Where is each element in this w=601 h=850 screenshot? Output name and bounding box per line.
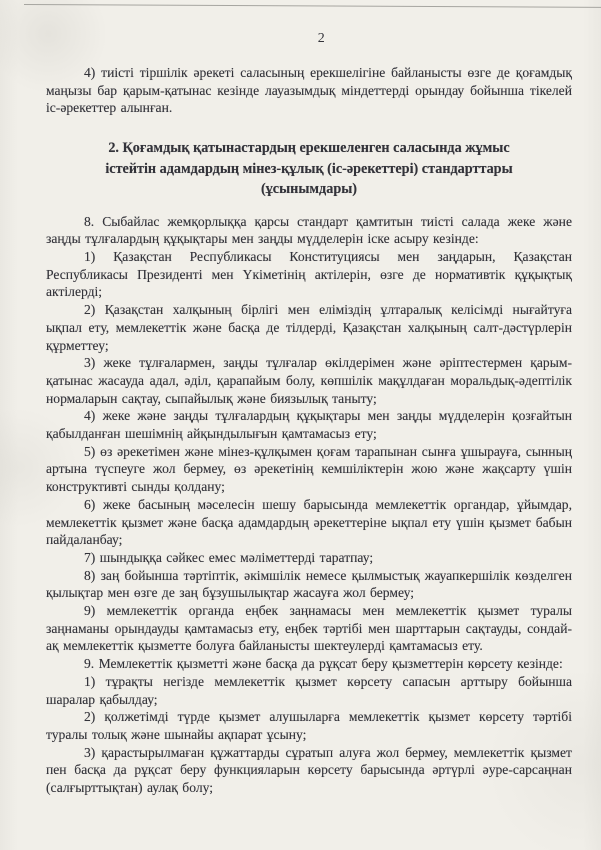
paragraph-8-item-5: 5) өз әрекетімен және мінез-құлқымен қоғ… xyxy=(46,443,572,496)
paragraph-9-lead: 9. Мемлекеттік қызметті және басқа да рұ… xyxy=(46,655,572,673)
section-heading-line-3: (ұсынымдары) xyxy=(60,179,558,200)
paragraph-8-lead: 8. Сыбайлас жемқорлыққа қарсы стандарт қ… xyxy=(46,213,572,248)
paragraph-8-item-1: 1) Қазақстан Республикасы Конституциясы … xyxy=(46,248,572,301)
scanned-document-page: 2 4) тиісті тіршілік әрекеті саласының е… xyxy=(0,0,601,850)
page-content: 2 4) тиісті тіршілік әрекеті саласының е… xyxy=(0,0,601,797)
section-heading: 2. Қоғамдық қатынастардың ерекшеленген с… xyxy=(60,138,558,200)
paragraph-8-item-8: 8) заң бойынша тәртіптік, әкімшілік неме… xyxy=(46,567,572,602)
paragraph-8-item-2: 2) Қазақстан халқының бірлігі мен еліміз… xyxy=(46,301,572,354)
page-number: 2 xyxy=(71,31,572,47)
paragraph-8-item-9: 9) мемлекеттік органда еңбек заңнамасы м… xyxy=(46,602,572,655)
section-heading-line-1: 2. Қоғамдық қатынастардың ерекшеленген с… xyxy=(60,138,558,159)
paragraph-8-item-6: 6) жеке басының мәселесін шешу барысында… xyxy=(46,496,572,549)
paragraph-intro-item-4: 4) тиісті тіршілік әрекеті саласының ере… xyxy=(46,64,572,117)
paragraph-8-item-4: 4) жеке және заңды тұлғалардың құқықтары… xyxy=(46,407,572,442)
paragraph-9-item-3: 3) қарастырылмаған құжаттарды сұратып ал… xyxy=(46,744,572,797)
paragraph-8-item-3: 3) жеке тұлғалармен, заңды тұлғалар өкіл… xyxy=(46,354,572,407)
paragraph-9-item-1: 1) тұрақты негізде мемлекеттік қызмет кө… xyxy=(46,673,572,708)
paragraph-8-item-7: 7) шындыққа сәйкес емес мәліметтерді тар… xyxy=(46,549,572,567)
section-heading-line-2: істейтін адамдардың мінез-құлық (іс-әрек… xyxy=(60,159,558,180)
paragraph-9-item-2: 2) қолжетімді түрде қызмет алушыларға ме… xyxy=(46,708,572,743)
